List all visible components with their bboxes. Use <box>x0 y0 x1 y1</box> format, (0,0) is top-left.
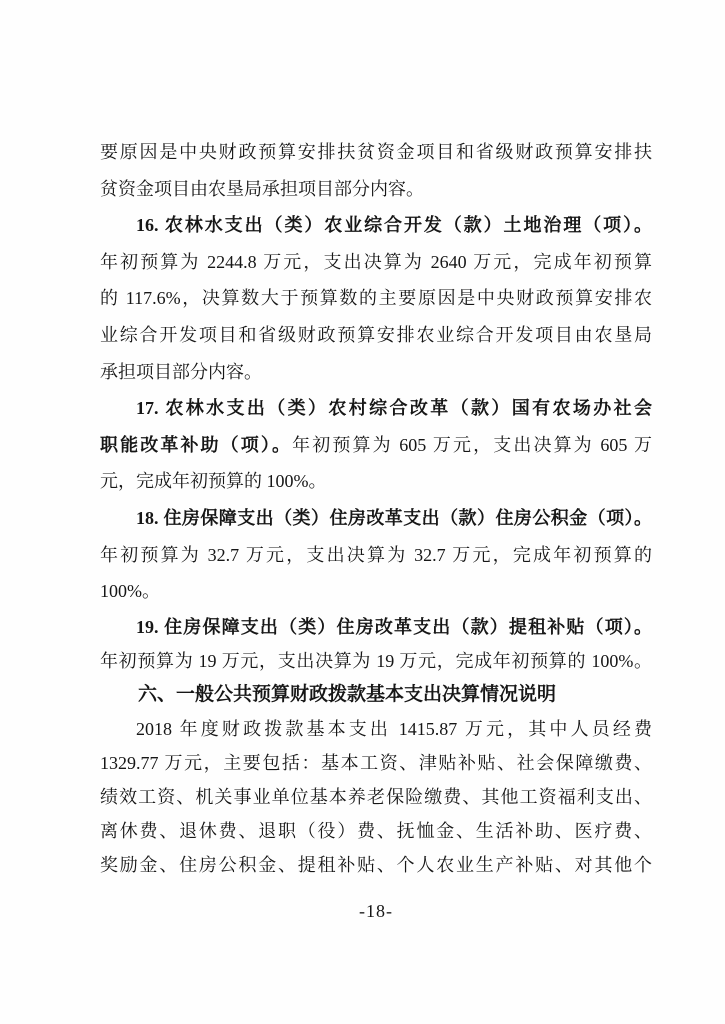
text-line: 职能改革补助（项）。年初预算为 605 万元，支出决算为 605 万 <box>100 427 652 464</box>
section-heading-line: 六、一般公共预算财政拨款基本支出决算情况说明 <box>100 678 652 712</box>
text-column: 要原因是中央财政预算安排扶贫资金项目和省级财政预算安排扶贫资金项目由农垦局承担项… <box>100 0 652 928</box>
text-segment: 100%。 <box>100 581 160 601</box>
text-segment: 1329.77 万元，主要包括：基本工资、津贴补贴、社会保障缴费、 <box>100 753 652 773</box>
page-number: -18- <box>100 894 652 928</box>
text-line: 年初预算为 19 万元，支出决算为 19 万元，完成年初预算的 100%。 <box>100 644 652 678</box>
bold-text-segment: 六、一般公共预算财政拨款基本支出决算情况说明 <box>138 684 556 705</box>
text-line: 2018 年度财政拨款基本支出 1415.87 万元，其中人员经费 <box>100 712 652 746</box>
text-line: 18. 住房保障支出（类）住房改革支出（款）住房公积金（项）。 <box>100 500 652 537</box>
text-segment: 奖励金、住房公积金、提租补贴、个人农业生产补贴、对其他个 <box>100 855 652 875</box>
text-line: 100%。 <box>100 573 652 610</box>
body-text-upper: 要原因是中央财政预算安排扶贫资金项目和省级财政预算安排扶贫资金项目由农垦局承担项… <box>100 134 652 610</box>
text-line: 离休费、退休费、退职（役）费、抚恤金、生活补助、医疗费、 <box>100 814 652 848</box>
bold-text-segment: 18. 住房保障支出（类）住房改革支出（款）住房公积金（项）。 <box>136 508 652 528</box>
text-line: 年初预算为 2244.8 万元，支出决算为 2640 万元，完成年初预算 <box>100 244 652 281</box>
text-segment: 年初预算为 2244.8 万元，支出决算为 2640 万元，完成年初预算 <box>100 252 652 272</box>
text-segment: 业综合开发项目和省级财政预算安排农业综合开发项目由农垦局 <box>100 325 652 345</box>
document-page: 要原因是中央财政预算安排扶贫资金项目和省级财政预算安排扶贫资金项目由农垦局承担项… <box>0 0 725 1024</box>
text-segment: 年初预算为 19 万元，支出决算为 19 万元，完成年初预算的 100%。 <box>100 651 652 671</box>
text-segment: 的 117.6%，决算数大于预算数的主要原因是中央财政预算安排农 <box>100 288 652 308</box>
text-line: 贫资金项目由农垦局承担项目部分内容。 <box>100 171 652 208</box>
text-line: 承担项目部分内容。 <box>100 354 652 391</box>
text-line: 业综合开发项目和省级财政预算安排农业综合开发项目由农垦局 <box>100 317 652 354</box>
bold-text-segment: 19. 住房保障支出（类）住房改革支出（款）提租补贴（项）。 <box>136 617 652 637</box>
bold-text-segment: 职能改革补助（项）。 <box>100 435 292 455</box>
text-line: 19. 住房保障支出（类）住房改革支出（款）提租补贴（项）。 <box>100 610 652 644</box>
text-segment: 2018 年度财政拨款基本支出 1415.87 万元，其中人员经费 <box>136 719 652 739</box>
bold-text-segment: 16. 农林水支出（类）农业综合开发（款）土地治理（项）。 <box>136 215 652 235</box>
text-line: 16. 农林水支出（类）农业综合开发（款）土地治理（项）。 <box>100 207 652 244</box>
text-line: 要原因是中央财政预算安排扶贫资金项目和省级财政预算安排扶 <box>100 134 652 171</box>
text-segment: 贫资金项目由农垦局承担项目部分内容。 <box>100 179 424 199</box>
text-line: 年初预算为 32.7 万元，支出决算为 32.7 万元，完成年初预算的 <box>100 537 652 574</box>
text-line: 元，完成年初预算的 100%。 <box>100 463 652 500</box>
text-line: 1329.77 万元，主要包括：基本工资、津贴补贴、社会保障缴费、 <box>100 746 652 780</box>
text-segment: 承担项目部分内容。 <box>100 362 262 382</box>
body-text-lower: 19. 住房保障支出（类）住房改革支出（款）提租补贴（项）。年初预算为 19 万… <box>100 610 652 882</box>
bold-text-segment: 17. 农林水支出（类）农村综合改革（款）国有农场办社会 <box>136 398 652 418</box>
text-segment: 元，完成年初预算的 100%。 <box>100 471 327 491</box>
text-segment: 年初预算为 605 万元，支出决算为 605 万 <box>292 435 652 455</box>
text-line: 绩效工资、机关事业单位基本养老保险缴费、其他工资福利支出、 <box>100 780 652 814</box>
text-line: 奖励金、住房公积金、提租补贴、个人农业生产补贴、对其他个 <box>100 848 652 882</box>
text-segment: 离休费、退休费、退职（役）费、抚恤金、生活补助、医疗费、 <box>100 821 652 841</box>
text-segment: 年初预算为 32.7 万元，支出决算为 32.7 万元，完成年初预算的 <box>100 545 652 565</box>
text-segment: 要原因是中央财政预算安排扶贫资金项目和省级财政预算安排扶 <box>100 142 652 162</box>
text-line: 的 117.6%，决算数大于预算数的主要原因是中央财政预算安排农 <box>100 280 652 317</box>
text-line: 17. 农林水支出（类）农村综合改革（款）国有农场办社会 <box>100 390 652 427</box>
text-segment: 绩效工资、机关事业单位基本养老保险缴费、其他工资福利支出、 <box>100 787 652 807</box>
